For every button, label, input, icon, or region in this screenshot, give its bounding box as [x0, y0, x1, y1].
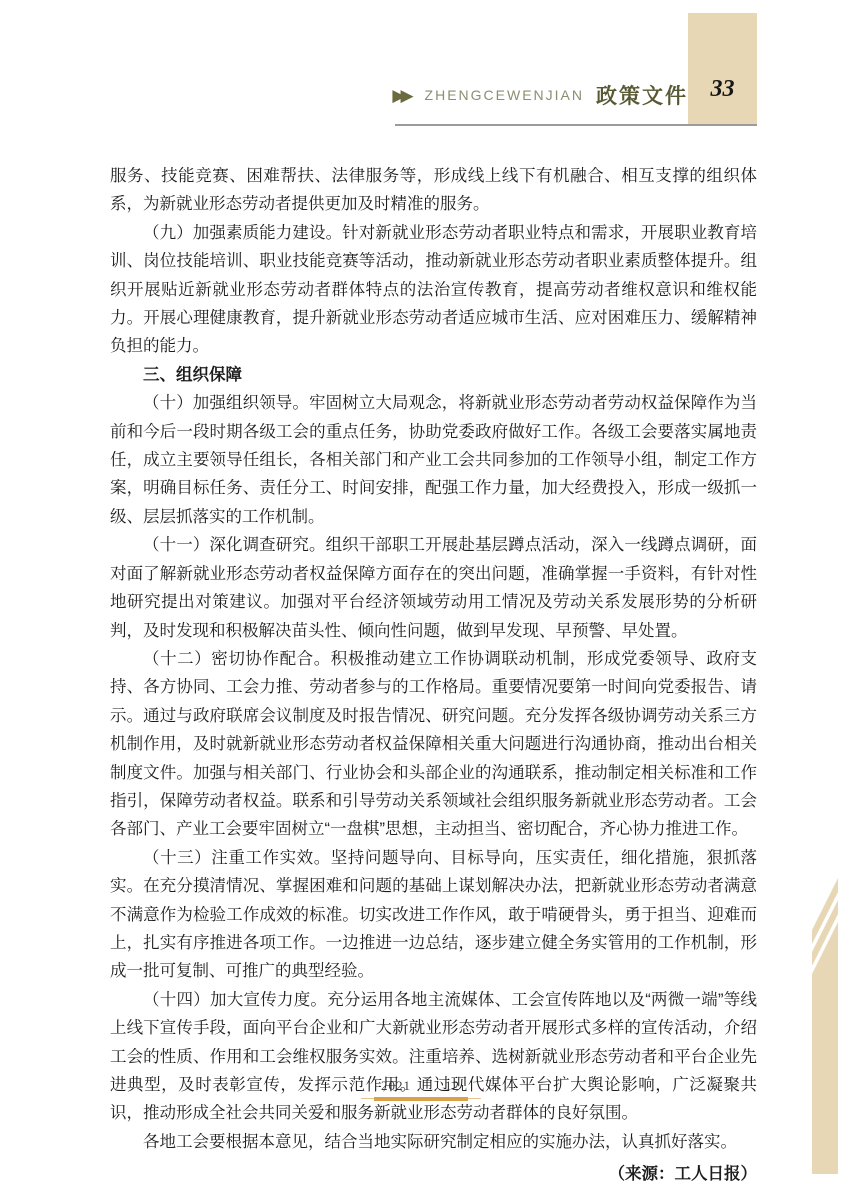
page-header: ▶▶ ZHENGCEWENJIAN 政策文件 [0, 78, 688, 112]
issue-info: 2021 12 [381, 1078, 460, 1094]
paragraph-12: （十二）密切协作配合。积极推动建立工作协调联动机制，形成党委领导、政府支持、各方… [110, 645, 757, 844]
paragraph-9: （九）加强素质能力建设。针对新就业形态劳动者职业特点和需求，开展职业教育培训、岗… [110, 219, 757, 361]
article-body: 服务、技能竞赛、困难帮扶、法律服务等，形成线上线下有机融合、相互支撑的组织体系，… [110, 162, 757, 1189]
paragraph-14: （十四）加大宣传力度。充分运用各地主流媒体、工会宣传阵地以及“两微一端”等线上线… [110, 986, 757, 1128]
paragraph-10: （十）加强组织领导。牢固树立大局观念，将新就业形态劳动者劳动权益保障作为当前和今… [110, 389, 757, 531]
source-attribution: （来源：工人日报） [110, 1160, 757, 1188]
header-divider [395, 124, 757, 126]
magazine-page: { "header": { "arrow_icon": "▶▶", "pinyi… [0, 0, 841, 1189]
double-arrow-icon: ▶▶ [392, 87, 412, 104]
footer-rule-thick [374, 1097, 468, 1101]
footer-issue: 12 [445, 1078, 460, 1094]
page-footer: 2021 12 [0, 1078, 841, 1103]
section-heading-3: 三、组织保障 [110, 361, 757, 389]
paragraph-closing: 各地工会要根据本意见，结合当地实际研究制定相应的实施办法，认真抓好落实。 [110, 1128, 757, 1156]
paragraph-11: （十一）深化调查研究。组织干部职工开展赴基层蹲点活动，深入一线蹲点调研，面对面了… [110, 531, 757, 645]
section-title: 政策文件 [596, 80, 688, 110]
ribbon-stripes-icon [812, 876, 838, 1174]
paragraph-continuation: 服务、技能竞赛、困难帮扶、法律服务等，形成线上线下有机融合、相互支撑的组织体系，… [110, 162, 757, 219]
footer-rule [361, 1097, 481, 1103]
header-pinyin: ZHENGCEWENJIAN [425, 87, 584, 103]
paragraph-13: （十三）注重工作实效。坚持问题导向、目标导向，压实责任，细化措施，狠抓落实。在充… [110, 844, 757, 986]
corner-ribbon-decoration [812, 876, 838, 1174]
page-number: 33 [711, 76, 735, 103]
page-number-box: 33 [688, 13, 757, 125]
footer-year: 2021 [381, 1078, 411, 1094]
